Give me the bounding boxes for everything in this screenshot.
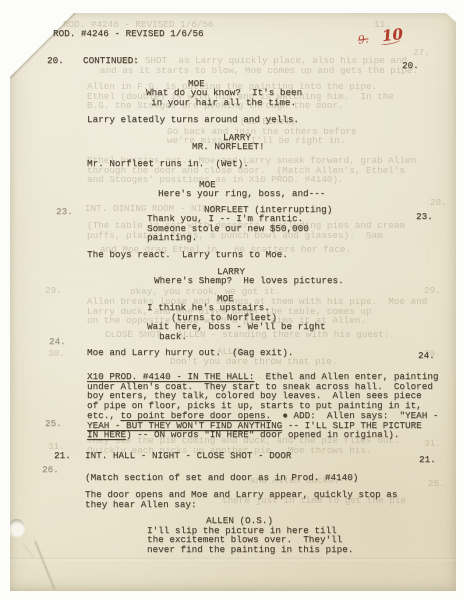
scanned-script-page: ROD. #4246 - REVISED 1/6/5611.27.FULL SH… bbox=[0, 0, 464, 599]
punch-hole bbox=[8, 519, 25, 536]
paper-crease bbox=[22, 543, 34, 558]
handwritten-page-number: 9. 10 bbox=[356, 25, 420, 55]
replacement-number: 10 bbox=[381, 25, 404, 45]
paper-crease bbox=[34, 541, 55, 590]
crossed-out-number: 9. bbox=[357, 32, 369, 46]
paper-crease bbox=[10, 557, 456, 561]
paper-sheet bbox=[10, 13, 456, 591]
folded-corner-edge bbox=[9, 12, 76, 79]
